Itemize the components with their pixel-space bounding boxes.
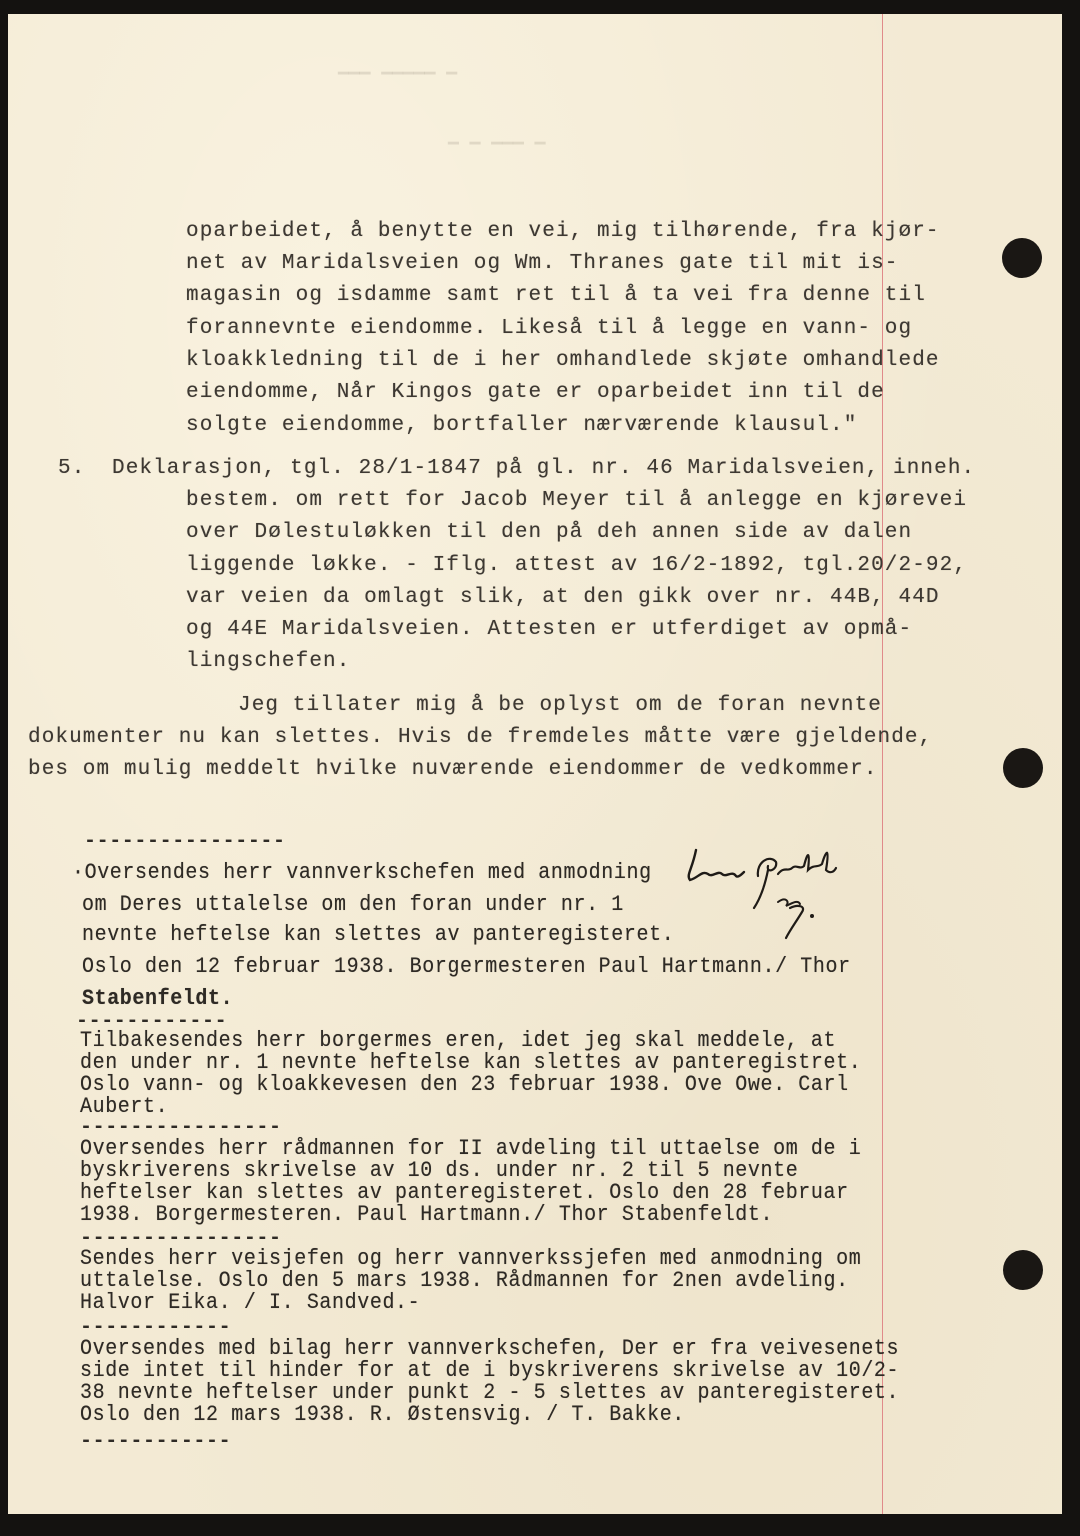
- punch-hole-middle: [1003, 748, 1043, 788]
- clause-line: oparbeidet, å benytte en vei, mig tilhør…: [186, 220, 940, 243]
- clause-line: solgte eiendomme, bortfaller nærværende …: [186, 414, 857, 437]
- item-line: var veien da omlagt slik, at den gikk ov…: [186, 586, 940, 609]
- item-number: 5.: [58, 457, 85, 480]
- endorsement-line: Oslo den 12 mars 1938. R. Østensvig. / T…: [80, 1402, 685, 1428]
- item-line: og 44E Maridalsveien. Attesten er utferd…: [186, 618, 912, 641]
- faint-header-mark: ▁ ▁ ▁▁▁ ▁: [448, 124, 545, 146]
- closing-rule: ------------: [80, 1430, 231, 1453]
- item-line: over Dølestuløkken til den på deh annen …: [186, 521, 912, 544]
- endorsement-line: Halvor Eika. / I. Sandved.-: [80, 1290, 420, 1316]
- endorsement-line: Stabenfeldt.: [82, 986, 233, 1012]
- punch-hole-top: [1002, 238, 1042, 278]
- document-page: ▁▁▁ ▁▁▁▁▁ ▁ ▁ ▁ ▁▁▁ ▁ oparbeidet, å beny…: [8, 14, 1070, 1514]
- request-line: dokumenter nu kan slettes. Hvis de fremd…: [28, 726, 932, 749]
- separator-rule: ----------------: [84, 830, 286, 853]
- item-line: liggende løkke. - Iflg. attest av 16/2-1…: [186, 554, 967, 577]
- clause-line: eiendomme, Når Kingos gate er oparbeidet…: [186, 381, 885, 404]
- request-line: Jeg tillater mig å be oplyst om de foran…: [238, 694, 882, 717]
- endorsement-line: Oslo vann- og kloakkevesen den 23 februa…: [80, 1072, 849, 1098]
- page-edge-shadow: [1062, 14, 1070, 1514]
- punch-hole-bottom: [1003, 1250, 1043, 1290]
- endorsement-line: om Deres uttalelse om den foran under nr…: [82, 892, 624, 918]
- faint-header-stamp: ▁▁▁ ▁▁▁▁▁ ▁: [338, 54, 457, 76]
- endorsement-line: ·Oversendes herr vannverkschefen med anm…: [72, 860, 652, 886]
- item-line: lingschefen.: [186, 650, 350, 673]
- clause-line: kloakkledning til de i her omhandlede sk…: [186, 349, 940, 372]
- endorsement-line: Oslo den 12 februar 1938. Borgermesteren…: [82, 954, 851, 980]
- endorsement-line: 1938. Borgermesteren. Paul Hartmann./ Th…: [80, 1202, 773, 1228]
- clause-line: forannevnte eiendomme. Likeså til å legg…: [186, 317, 912, 340]
- clause-line: magasin og isdamme samt ret til å ta vei…: [186, 284, 926, 307]
- handwritten-signature: [678, 840, 878, 940]
- request-line: bes om mulig meddelt hvilke nuværende ei…: [28, 758, 878, 781]
- item-line: Deklarasjon, tgl. 28/1-1847 på gl. nr. 4…: [112, 457, 975, 480]
- endorsement-line: nevnte heftelse kan slettes av panteregi…: [82, 922, 674, 948]
- clause-line: net av Maridalsveien og Wm. Thranes gate…: [186, 252, 899, 275]
- item-line: bestem. om rett for Jacob Meyer til å an…: [186, 489, 967, 512]
